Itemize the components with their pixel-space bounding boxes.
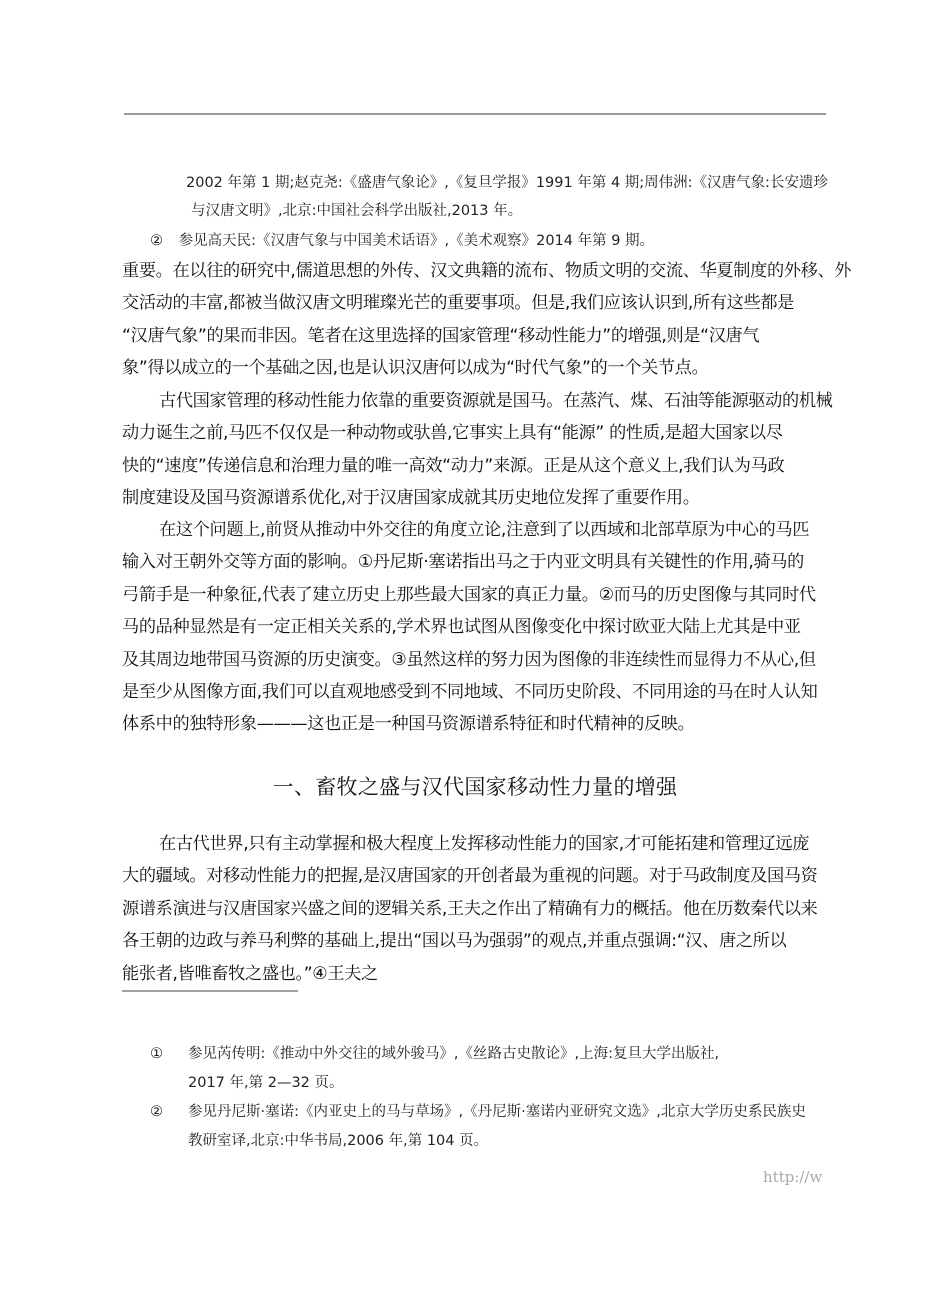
- section-heading: 一、畜牧之盛与汉代国家移动性力量的增强: [0, 772, 950, 802]
- body-paragraph-3: 在这个问题上,前贤从推动中外交往的角度立论,注意到了以西域和北部草原为中心的马匹…: [122, 514, 834, 741]
- text-line: 古代国家管理的移动性能力依靠的重要资源就是国马。在蒸汽、煤、石油等能源驱动的机械: [122, 385, 834, 417]
- text-line: 在古代世界,只有主动掌握和极大程度上发挥移动性能力的国家,才可能拓建和管理辽远庞: [122, 828, 834, 860]
- text-line: 交活动的丰富,都被当做汉唐文明璀璨光芒的重要事项。但是,我们应该认识到,所有这些…: [122, 287, 834, 319]
- text-line: “汉唐气象”的果而非因。笔者在这里选择的国家管理“移动性能力”的增强,则是“汉唐…: [122, 320, 834, 352]
- footnote-marker: ①: [150, 1040, 188, 1069]
- text-line: 是至少从图像方面,我们可以直观地感受到不同地域、不同历史阶段、不同用途的马在时人…: [122, 676, 834, 708]
- footnote-text-continued: 教研室译,北京:中华书局,2006 年,第 104 页。: [150, 1127, 850, 1156]
- footnote-text: 参见丹尼斯·塞诺:《内亚史上的马与草场》,《丹尼斯·塞诺内亚研究文选》,北京大学…: [188, 1104, 806, 1120]
- footnote-text: 参见芮传明:《推动中外交往的域外骏马》,《丝路古史散论》,上海:复旦大学出版社,: [188, 1046, 719, 1062]
- text-line: 在这个问题上,前贤从推动中外交往的角度立论,注意到了以西域和北部草原为中心的马匹: [122, 514, 834, 546]
- text-line: 马的品种显然是有一定正相关关系的,学术界也试图从图像变化中探讨欧亚大陆上尤其是中…: [122, 611, 834, 643]
- footnote-text-continued: 2017 年,第 2—32 页。: [150, 1069, 850, 1098]
- text-line: 弓箭手是一种象征,代表了建立历史上那些最大国家的真正力量。②而马的历史图像与其同…: [122, 579, 834, 611]
- header-rule: [124, 113, 826, 115]
- text-line: 各王朝的边政与养马利弊的基础上,提出“国以马为强弱”的观点,并重点强调:“汉、唐…: [122, 925, 834, 957]
- text-line: 象”得以成立的一个基础之因,也是认识汉唐何以成为“时代气象”的一个关节点。: [122, 352, 834, 384]
- text-line: 快的“速度”传递信息和治理力量的唯一高效“动力”来源。正是从这个意义上,我们认为…: [122, 450, 834, 482]
- footnote-text: 参见高天民:《汉唐气象与中国美术话语》,《美术观察》2014 年第 9 期。: [179, 233, 654, 249]
- text-line: 源谱系演进与汉唐国家兴盛之间的逻辑关系,王夫之作出了精确有力的概括。他在历数秦代…: [122, 893, 834, 925]
- footnote-marker: ②: [150, 1098, 188, 1127]
- body-paragraph-2: 古代国家管理的移动性能力依靠的重要资源就是国马。在蒸汽、煤、石油等能源驱动的机械…: [122, 385, 834, 515]
- text-line: 体系中的独特形象———这也正是一种国马资源谱系特征和时代精神的反映。: [122, 708, 834, 740]
- text-line: 制度建设及国马资源谱系优化,对于汉唐国家成就其历史地位发挥了重要作用。: [122, 482, 834, 514]
- body-paragraph-1: 重要。在以往的研究中,儒道思想的外传、汉文典籍的流布、物质文明的交流、华夏制度的…: [122, 255, 834, 385]
- footnote-continuation-line: 与汉唐文明》,北京:中国社会科学出版社,2013 年。: [191, 198, 522, 224]
- footnote-item: ② 参见高天民:《汉唐气象与中国美术话语》,《美术观察》2014 年第 9 期。: [150, 228, 654, 254]
- text-line: 动力诞生之前,马匹不仅仅是一种动物或驮兽,它事实上具有“能源” 的性质,是超大国…: [122, 417, 834, 449]
- text-line: 输入对王朝外交等方面的影响。①丹尼斯·塞诺指出马之于内亚文明具有关键性的作用,骑…: [122, 546, 834, 578]
- footnote-continuation-line: 2002 年第 1 期;赵克尧:《盛唐气象论》,《复旦学报》1991 年第 4 …: [186, 170, 828, 196]
- footnotes: ①参见芮传明:《推动中外交往的域外骏马》,《丝路古史散论》,上海:复旦大学出版社…: [150, 1040, 850, 1156]
- section-paragraph: 在古代世界,只有主动掌握和极大程度上发挥移动性能力的国家,才可能拓建和管理辽远庞…: [122, 828, 834, 990]
- text-line: 及其周边地带国马资源的历史演变。③虽然这样的努力因为图像的非连续性而显得力不从心…: [122, 644, 834, 676]
- watermark-url: http://w: [763, 1168, 822, 1186]
- text-line: 重要。在以往的研究中,儒道思想的外传、汉文典籍的流布、物质文明的交流、华夏制度的…: [122, 255, 834, 287]
- footnote-1: ①参见芮传明:《推动中外交往的域外骏马》,《丝路古史散论》,上海:复旦大学出版社…: [150, 1040, 850, 1098]
- footnote-2: ②参见丹尼斯·塞诺:《内亚史上的马与草场》,《丹尼斯·塞诺内亚研究文选》,北京大…: [150, 1098, 850, 1156]
- text-line: 大的疆域。对移动性能力的把握,是汉唐国家的开创者最为重视的问题。对于马政制度及国…: [122, 860, 834, 892]
- footnote-marker: ②: [150, 228, 172, 254]
- text-line: 能张者,皆唯畜牧之盛也。”④王夫之: [122, 958, 834, 990]
- footnote-separator: [122, 990, 298, 992]
